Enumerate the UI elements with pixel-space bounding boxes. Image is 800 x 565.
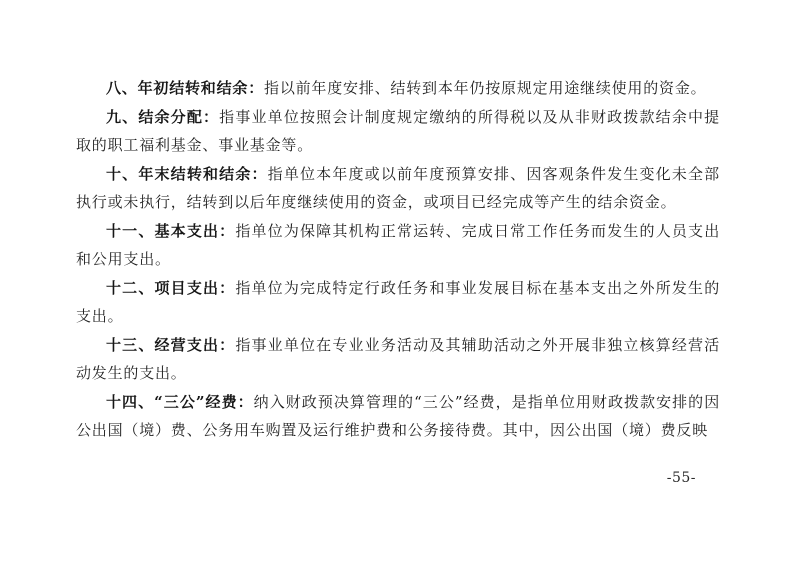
- term-label: 十四、“三公”经费：: [106, 393, 254, 411]
- definition-paragraph: 十、年末结转和结余：指单位本年度或以前年度预算安排、因客观条件发生变化未全部执行…: [76, 160, 720, 217]
- term-label: 九、结余分配：: [106, 108, 219, 126]
- page-number: -55-: [667, 470, 696, 486]
- term-label: 八、年初结转和结余：: [106, 79, 264, 97]
- definition-text: 指以前年度安排、结转到本年仍按原规定用途继续使用的资金。: [264, 79, 706, 97]
- term-label: 十一、基本支出：: [106, 222, 235, 240]
- definition-paragraph: 八、年初结转和结余：指以前年度安排、结转到本年仍按原规定用途继续使用的资金。: [76, 74, 720, 103]
- term-label: 十二、项目支出：: [106, 279, 235, 297]
- document-page: 八、年初结转和结余：指以前年度安排、结转到本年仍按原规定用途继续使用的资金。 九…: [0, 0, 800, 565]
- definition-paragraph: 十四、“三公”经费：纳入财政预决算管理的“三公”经费，是指单位用财政拨款安排的因…: [76, 388, 720, 445]
- definition-paragraph: 十三、经营支出：指事业单位在专业业务活动及其辅助活动之外开展非独立核算经营活动发…: [76, 331, 720, 388]
- definition-paragraph: 九、结余分配：指事业单位按照会计制度规定缴纳的所得税以及从非财政拨款结余中提取的…: [76, 103, 720, 160]
- document-body: 八、年初结转和结余：指以前年度安排、结转到本年仍按原规定用途继续使用的资金。 九…: [76, 74, 720, 445]
- definition-paragraph: 十二、项目支出：指单位为完成特定行政任务和事业发展目标在基本支出之外所发生的支出…: [76, 274, 720, 331]
- term-label: 十三、经营支出：: [106, 336, 235, 354]
- definition-paragraph: 十一、基本支出：指单位为保障其机构正常运转、完成日常工作任务而发生的人员支出和公…: [76, 217, 720, 274]
- term-label: 十、年末结转和结余：: [106, 165, 268, 183]
